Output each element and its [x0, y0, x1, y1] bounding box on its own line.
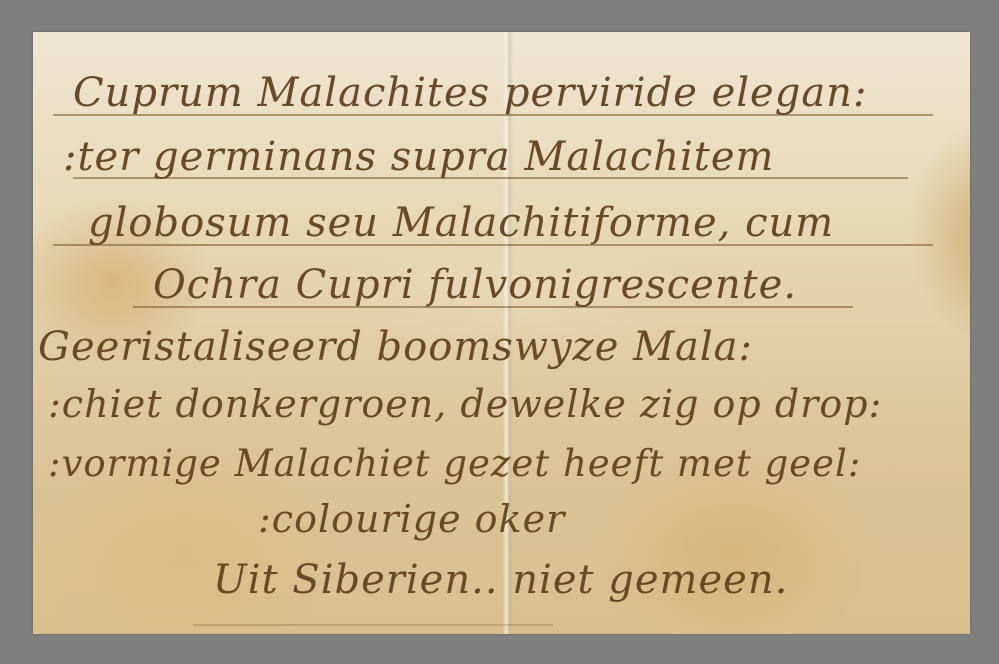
text-line-2: :ter germinans supra Malachitem	[63, 134, 774, 180]
text-line-8: :colourige oker	[258, 497, 565, 541]
text-line-7: :vormige Malachiet gezet heeft met geel:	[48, 442, 861, 485]
text-line-4: Ochra Cupri fulvonigrescente.	[153, 262, 797, 308]
manuscript-paper: Cuprum Malachites perviride elegan: :ter…	[33, 32, 970, 634]
text-line-9: Uit Siberien.. niet gemeen.	[213, 557, 788, 603]
text-line-1: Cuprum Malachites perviride elegan:	[73, 70, 867, 116]
text-line-6: :chiet donkergroen, dewelke zig op drop:	[48, 382, 882, 426]
text-line-3: globosum seu Malachitiforme, cum	[88, 200, 834, 246]
text-line-5: Geeristaliseerd boomswyze Mala:	[38, 324, 753, 370]
underline-5	[193, 624, 553, 626]
